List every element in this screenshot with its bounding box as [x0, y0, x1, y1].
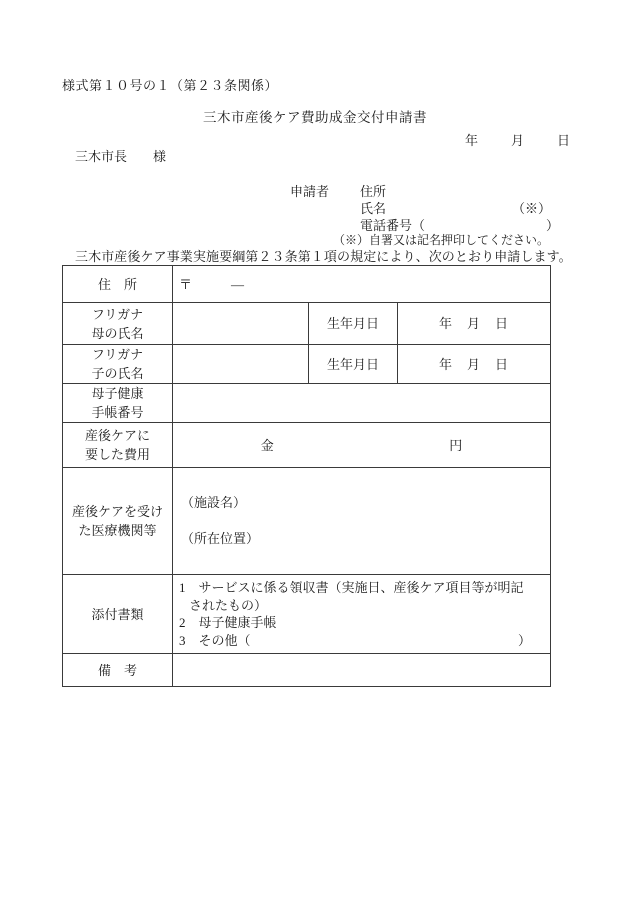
child-furigana-label: フリガナ — [92, 347, 143, 362]
child-dob-label: 生年月日 — [309, 345, 398, 384]
facility-label: 産後ケアを受け た医療機関等 — [63, 468, 173, 575]
handbook-label-line1: 母子健康 — [91, 386, 143, 401]
date-day-label: 日 — [557, 134, 570, 147]
remarks-value-cell — [173, 654, 551, 687]
applicant-name-label: 氏名 — [360, 202, 386, 215]
address-value-cell: 〒 — — [173, 266, 551, 303]
table-row-child: フリガナ 子の氏名 生年月日 年 月 日 — [63, 345, 551, 384]
applicant-label: 申請者 — [290, 185, 329, 198]
table-row-handbook: 母子健康 手帳番号 — [63, 384, 551, 423]
table-row-address: 住 所 〒 — — [63, 266, 551, 303]
child-name-label-text: 子の氏名 — [91, 366, 143, 381]
mother-dob-value: 年 月 日 — [398, 303, 551, 345]
child-name-label: フリガナ 子の氏名 — [63, 345, 173, 384]
child-name-value-cell — [173, 345, 309, 384]
cost-amount-prefix: 金 — [261, 439, 274, 452]
attachments-label: 添付書類 — [63, 575, 173, 654]
attachments-value-cell: 1 サービスに係る領収書（実施日、産後ケア項目等が明記 されたもの） 2 母子健… — [173, 575, 551, 654]
facility-label-line1: 産後ケアを受け — [72, 504, 163, 519]
table-row-attachments: 添付書類 1 サービスに係る領収書（実施日、産後ケア項目等が明記 されたもの） … — [63, 575, 551, 654]
attachment-item3-close-paren: ） — [518, 632, 531, 650]
mother-name-label: フリガナ 母の氏名 — [63, 303, 173, 345]
applicant-phone-label: 電話番号（ — [360, 219, 425, 232]
applicant-address-label: 住所 — [360, 185, 386, 198]
child-dob-value: 年 月 日 — [398, 345, 551, 384]
cost-label-line2: 要した費用 — [85, 447, 150, 462]
facility-value-cell: （施設名） （所在位置） — [173, 468, 551, 575]
mother-dob-label: 生年月日 — [309, 303, 398, 345]
facility-label-line2: た医療機関等 — [78, 523, 156, 538]
postal-mark: 〒 — — [173, 275, 550, 294]
remarks-label: 備 考 — [63, 654, 173, 687]
attachment-item3-prefix: 3 その他（ — [179, 632, 251, 650]
attachment-item3: 3 その他（ ） — [179, 632, 531, 650]
declaration-sentence: 三木市産後ケア事業実施要綱第２３条第１項の規定により、次のとおり申請します。 — [75, 250, 572, 263]
address-label: 住 所 — [63, 266, 173, 303]
document-page: 様式第１０号の１（第２３条関係） 三木市産後ケア費助成金交付申請書 年 月 日 … — [0, 0, 630, 903]
mother-furigana-label: フリガナ — [92, 307, 143, 322]
date-line: 年 月 日 — [465, 134, 570, 147]
table-row-mother: フリガナ 母の氏名 生年月日 年 月 日 — [63, 303, 551, 345]
table-row-cost: 産後ケアに 要した費用 金 円 — [63, 423, 551, 468]
cost-value-cell: 金 円 — [173, 423, 551, 468]
handbook-number-label: 母子健康 手帳番号 — [63, 384, 173, 423]
application-form-table: 住 所 〒 — フリガナ 母の氏名 生年月日 年 月 日 フリガナ 子の氏名 生… — [62, 265, 551, 687]
facility-name-label: （施設名） — [181, 495, 542, 511]
facility-location-label: （所在位置） — [181, 531, 542, 547]
signature-note: （※）自署又は記名押印してください。 — [333, 234, 549, 246]
attachment-item1-line2: されたもの） — [179, 597, 544, 615]
table-row-remarks: 備 考 — [63, 654, 551, 687]
applicant-name-note-mark: （※） — [512, 202, 551, 215]
table-row-facility: 産後ケアを受け た医療機関等 （施設名） （所在位置） — [63, 468, 551, 575]
date-month-label: 月 — [511, 134, 524, 147]
addressee: 三木市長 様 — [75, 150, 166, 163]
handbook-number-value-cell — [173, 384, 551, 423]
page-title: 三木市産後ケア費助成金交付申請書 — [0, 111, 630, 125]
applicant-phone-close-paren: ） — [546, 219, 559, 232]
form-number: 様式第１０号の１（第２３条関係） — [62, 79, 278, 92]
mother-name-value-cell — [173, 303, 309, 345]
mother-name-label-text: 母の氏名 — [91, 326, 143, 341]
cost-label-line1: 産後ケアに — [85, 428, 150, 443]
cost-label: 産後ケアに 要した費用 — [63, 423, 173, 468]
attachment-item2: 2 母子健康手帳 — [179, 614, 544, 632]
date-year-label: 年 — [465, 134, 478, 147]
attachment-item1-line1: 1 サービスに係る領収書（実施日、産後ケア項目等が明記 — [179, 579, 544, 597]
cost-amount-suffix: 円 — [449, 439, 462, 452]
handbook-label-line2: 手帳番号 — [91, 405, 143, 420]
